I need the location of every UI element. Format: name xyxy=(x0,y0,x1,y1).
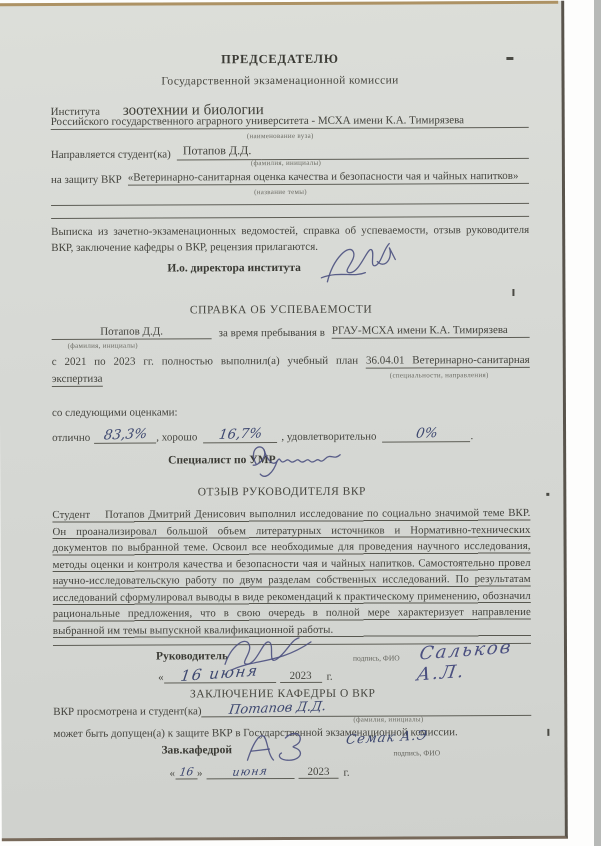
satisfactory-value: 0% xyxy=(415,425,439,442)
date-suffix: г. xyxy=(344,767,350,779)
addressee-title: ПРЕДСЕДАТЕЛЮ xyxy=(0,51,561,68)
supervisor-date-line: « 16 июня 2023 г. xyxy=(158,664,333,684)
date-month-handwritten: июня xyxy=(232,764,269,778)
director-signature xyxy=(317,237,417,291)
satisfactory-value-field: 0% xyxy=(382,425,470,442)
supervisor-label: Руководитель xyxy=(156,650,228,662)
date-close-quote: » xyxy=(197,767,203,779)
scan-artifact xyxy=(512,289,514,296)
scanned-document-page: ПРЕДСЕДАТЕЛЮ Государственной экзаменацио… xyxy=(0,1,568,841)
supervisor-name-handwritten: Сальков А.Л. xyxy=(415,633,568,686)
student-label: Направляется студент(ка) xyxy=(51,148,171,161)
good-label: , хорошо xyxy=(156,431,197,443)
supervisor-sign-caption: подпись, ФИО xyxy=(353,653,400,662)
thesis-caption: (название темы) xyxy=(0,187,562,197)
thesis-line: на защиту ВКР «Ветеринарно-санитарная оц… xyxy=(51,170,529,186)
date-day-month-field: 16 июня xyxy=(164,664,276,683)
attachments-note: Выписка из зачетно-экзаменационных ведом… xyxy=(51,222,529,256)
blank-rule xyxy=(51,203,529,206)
date-year: 2023 xyxy=(280,670,322,683)
grades-line-end: . xyxy=(471,430,474,442)
excellent-value-field: 83,3% xyxy=(94,427,156,444)
plan-text: с 2021 по 2023 гг. полностью выполнил(а)… xyxy=(52,355,358,368)
date-day-handwritten: 16 xyxy=(178,765,194,779)
scan-artifact xyxy=(506,57,513,60)
date-year: 2023 xyxy=(299,766,339,779)
student-caption: (фамилия, инициалы) xyxy=(251,159,321,167)
scan-artifact xyxy=(547,729,549,736)
transcript-university: РГАУ-МСХА имени К.А. Тимирязева xyxy=(332,324,530,339)
date-day-field: 16 xyxy=(175,765,197,779)
reviewed-student-name: Потапов Д.Д. xyxy=(228,699,327,718)
head-sign-caption: подпись, ФИО xyxy=(393,748,440,757)
document-content: ПРЕДСЕДАТЕЛЮ Государственной экзаменацио… xyxy=(0,1,565,838)
grades-intro: со следующими оценками: xyxy=(52,406,178,419)
university-line: Российского государственного аграрного у… xyxy=(51,114,529,130)
conclusion-title: ЗАКЛЮЧЕНИЕ КАФЕДРЫ О ВКР xyxy=(1,687,564,701)
plan-caption: (специальности, направления) xyxy=(390,371,489,379)
date-suffix: г. xyxy=(327,671,333,683)
excellent-label: отлично xyxy=(52,432,90,444)
excellent-value: 83,3% xyxy=(103,426,148,444)
reviewed-line: ВКР просмотрена и студент(ка) Потапов Д.… xyxy=(53,700,531,718)
reviewed-caption: (фамилия, инициалы) xyxy=(353,715,423,723)
thesis-title-field: «Ветеринарно-санитарная оценка качества … xyxy=(128,170,529,186)
date-day-month-handwritten: 16 июня xyxy=(179,661,259,685)
thesis-label: на защиту ВКР xyxy=(51,174,122,186)
addressee-subtitle: Государственной экзаменационной комиссии xyxy=(0,74,562,88)
conclusion-date-line: « 16 » июня 2023 г. xyxy=(170,765,350,780)
review-title: ОТЗЫВ РУКОВОДИТЕЛЯ ВКР xyxy=(0,485,563,499)
head-label: Зав.кафедрой xyxy=(161,744,232,756)
blank-underline xyxy=(261,144,529,160)
scanner-background-strip xyxy=(594,0,601,846)
reviewed-label: ВКР просмотрена и студент(ка) xyxy=(53,705,201,718)
scan-artifact xyxy=(546,493,549,496)
transcript-student-name: Потапов Д.Д. xyxy=(52,325,212,340)
plan-paragraph: с 2021 по 2023 гг. полностью выполнил(а)… xyxy=(52,352,530,387)
specialist-signature xyxy=(240,440,345,482)
transcript-student-caption: (фамилия, инициалы) xyxy=(68,342,138,350)
student-name-field: Потапов Д.Д. xyxy=(177,143,262,160)
date-month-field: июня xyxy=(207,765,295,779)
stay-text: за время пребывания в xyxy=(219,327,325,339)
review-body: Студент Потапов Дмитрий Денисович выполн… xyxy=(52,505,531,639)
transcript-student-line: Потапов Д.Д. за время пребывания в РГАУ-… xyxy=(52,324,530,340)
blank-rule xyxy=(51,216,529,219)
department-head-signature xyxy=(239,728,323,768)
transcript-title: СПРАВКА ОБ УСПЕВАЕМОСТИ xyxy=(0,303,563,317)
university-caption: (наименование вуза) xyxy=(0,131,562,141)
director-label: И.о. директора института xyxy=(167,262,301,275)
